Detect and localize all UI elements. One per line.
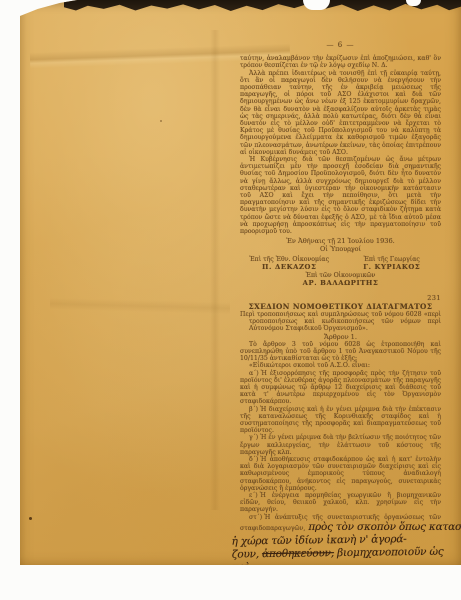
article-intro: Τὸ ἄρθρον 3 τοῦ νόμου 6028 ὡς ἐτροποποιή… — [240, 341, 441, 363]
ink-speck — [29, 517, 32, 520]
signature-column: Ἐπὶ τῆς Ἐθν. Οἰκονομίας Π. ΔΕΚΑΖΟΣ — [240, 256, 338, 271]
struck-through-word: ἀποθηκεύουν, — [262, 547, 334, 560]
intro-paragraph: Ἀλλὰ πρέπει ἰδιαιτέρως νὰ τονισθῇ ἐπὶ τῇ… — [240, 70, 441, 156]
item-label: γ΄) — [249, 434, 258, 441]
stamp-number: 231 — [240, 295, 441, 302]
decree-item: δ΄)Ἡ ἀποθήκευσις σταφιδοκάρπου ὡς καὶ ἡ … — [240, 456, 441, 492]
decree-item: γ΄)Ἡ ἐν γένει μέριμνα διὰ τὴν βελτίωσιν … — [240, 434, 441, 456]
item-text: Ἡ ἐν γένει μέριμνα διὰ τὴν βελτίωσιν τῆς… — [240, 434, 441, 455]
signature-block: Ἐν Ἀθήναις τῇ 21 Ἰουλίου 1936. Οἱ Ὑπουργ… — [240, 238, 441, 287]
article-heading: Ἄρθρον 1. — [240, 334, 441, 341]
decree-subtitle: Περὶ τροποποιήσεως καὶ συμπληρώσεως τοῦ … — [240, 311, 441, 333]
decree-heading: ΣΧΕΔΙΟΝ ΝΟΜΟΘΕΤΙΚΟΥ ΔΙΑΤΑΓΜΑΤΟΣ — [240, 303, 441, 310]
item-text: Ἡ ἐνέργεια προμηθείας γεωργικῶν ἢ βιομηχ… — [240, 492, 441, 513]
handwritten-line: ζουν, ἀποθηκεύουν, βιομηχανοποιοῦν ὡς κα… — [232, 545, 457, 565]
handwritten-annotation-block: ἡ χώρα τῶν ἰδίων ἱκανὴ ν' ἀγορά- ζουν, ἀ… — [232, 532, 458, 565]
decree-item: στ΄)Ἡ ἀνάπτυξις τῆς συνεταιριστικῆς ὀργα… — [240, 514, 441, 534]
intro-paragraph: ταύτην, ἀναλαμβάνον τὴν ἐκρίζωσιν ἐπὶ ἀπ… — [240, 55, 441, 69]
item-label: στ΄) — [249, 514, 262, 521]
signature-column: Ἐπὶ τῶν Οἰκονομικῶν ΑΡ. ΒΑΛΑΩΡΙΤΗΣ — [240, 272, 441, 287]
item-label: δ΄) — [249, 456, 258, 463]
paper-crease — [210, 30, 220, 510]
decree-item: β΄)Ἡ διαχείρισις καὶ ἡ ἐν γένει μέριμνα … — [240, 406, 441, 435]
quote-lead: «Εἰδικώτεροι σκοποὶ τοῦ Α.Σ.Ο. εἶναι: — [240, 362, 441, 369]
decree-item: ε΄)Ἡ ἐνέργεια προμηθείας γεωργικῶν ἢ βιο… — [240, 492, 441, 514]
minister-name: ΑΡ. ΒΑΛΑΩΡΙΤΗΣ — [240, 280, 441, 287]
signature-row: Ἐπὶ τῆς Ἐθν. Οἰκονομίας Π. ΔΕΚΑΖΟΣ Ἐπὶ τ… — [240, 256, 441, 271]
item-label: β΄) — [249, 406, 258, 413]
minister-title: Ἐπὶ τῆς Ἐθν. Οἰκονομίας — [240, 256, 338, 263]
intro-paragraph: Ἡ Κυβέρνησις διὰ τῶν θεσπιζομένων ὡς ἄνω… — [240, 156, 441, 235]
torn-edge — [64, 0, 461, 12]
item-label: ε΄) — [249, 492, 258, 499]
signature-column: Ἐπὶ τῆς Γεωργίας Γ. ΚΥΡΙΑΚΟΣ — [343, 256, 441, 271]
decree-item: α΄)Ἡ ἐξισορρόπησις τῆς προσφορᾶς πρὸς τὴ… — [240, 370, 441, 406]
minister-name: Π. ΔΕΚΑΖΟΣ — [240, 264, 338, 271]
minister-title: Ἐπὶ τῆς Γεωργίας — [343, 256, 441, 263]
item-label: α΄) — [249, 370, 259, 377]
handwritten-text: ζουν, — [232, 548, 262, 560]
item-text: Ἡ διαχείρισις καὶ ἡ ἐν γένει μέριμνα διὰ… — [240, 406, 441, 435]
minister-name: Γ. ΚΥΡΙΑΚΟΣ — [343, 264, 441, 271]
ministers-label: Οἱ Ὑπουργοί — [240, 246, 441, 253]
paper-crease — [50, 298, 230, 315]
minister-title: Ἐπὶ τῶν Οἰκονομικῶν — [240, 272, 441, 279]
printed-text-column: — 6 — ταύτην, ἀναλαμβάνον τὴν ἐκρίζωσιν … — [240, 42, 441, 565]
item-text: Ἡ ἀποθήκευσις σταφιδοκάρπου ὡς καὶ ἡ κατ… — [240, 456, 441, 492]
ink-speck — [160, 120, 162, 122]
page-number: — 6 — — [240, 42, 441, 49]
item-text: Ἡ ἐξισορρόπησις τῆς προσφορᾶς πρὸς τὴν ζ… — [240, 370, 441, 406]
handwritten-annotation: πρὸς τὸν σκοπὸν ὅπως καταστῇ — [308, 521, 461, 533]
scanned-document-page: — 6 — ταύτην, ἀναλαμβάνον τὴν ἐκρίζωσιν … — [20, 0, 461, 565]
